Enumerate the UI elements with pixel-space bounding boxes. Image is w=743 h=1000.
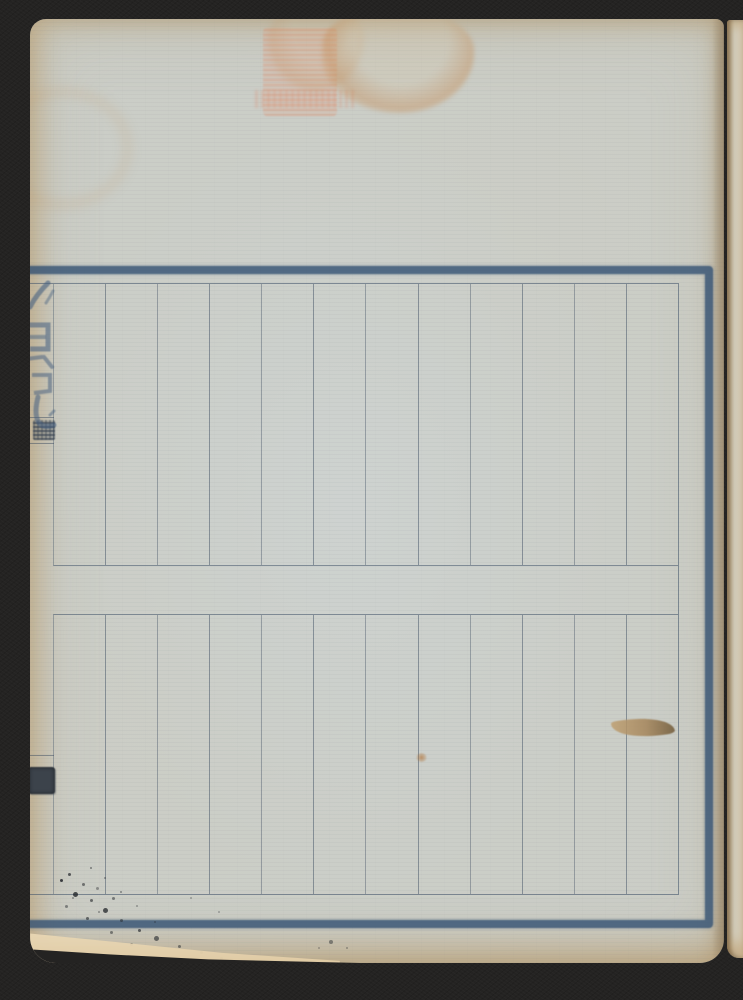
adjacent-page-edge bbox=[727, 20, 743, 958]
ink-speckles bbox=[60, 879, 63, 882]
grid-column bbox=[314, 615, 366, 894]
grid-column bbox=[419, 284, 471, 565]
gutter-character-fragment bbox=[30, 319, 56, 371]
gutter-ink-block bbox=[30, 767, 55, 794]
gutter-rule-tick bbox=[30, 755, 54, 756]
grid-column bbox=[523, 615, 575, 894]
grid-column bbox=[627, 284, 678, 565]
grid-column bbox=[262, 615, 314, 894]
grid-column bbox=[106, 615, 158, 894]
grid-column bbox=[210, 284, 262, 565]
grid-column bbox=[54, 615, 106, 894]
gutter-character-fragment bbox=[30, 277, 56, 313]
upper-register bbox=[53, 284, 678, 566]
grid-column bbox=[627, 615, 678, 894]
grid-column bbox=[471, 615, 523, 894]
scanner-backdrop: { "scan": { "backdrop_color": "#242322",… bbox=[0, 0, 743, 1000]
grid-column bbox=[54, 284, 106, 565]
ink-speckles bbox=[90, 867, 92, 869]
rust-spot bbox=[416, 753, 427, 762]
grid-column bbox=[575, 284, 627, 565]
grid-column bbox=[314, 284, 366, 565]
grid-column bbox=[471, 284, 523, 565]
grid-column bbox=[575, 615, 627, 894]
grid-column bbox=[210, 615, 262, 894]
gutter-character-fragment bbox=[30, 371, 58, 433]
lower-register bbox=[53, 614, 678, 894]
grid-column bbox=[158, 615, 210, 894]
grid-column bbox=[158, 284, 210, 565]
edge-ring-stain bbox=[30, 87, 132, 209]
grid-column bbox=[523, 284, 575, 565]
scanned-page bbox=[30, 19, 724, 963]
grid-column bbox=[106, 284, 158, 565]
grid-column bbox=[366, 284, 418, 565]
gutter-rule-tick bbox=[30, 443, 54, 444]
grid-column bbox=[366, 615, 418, 894]
grid-column bbox=[262, 284, 314, 565]
